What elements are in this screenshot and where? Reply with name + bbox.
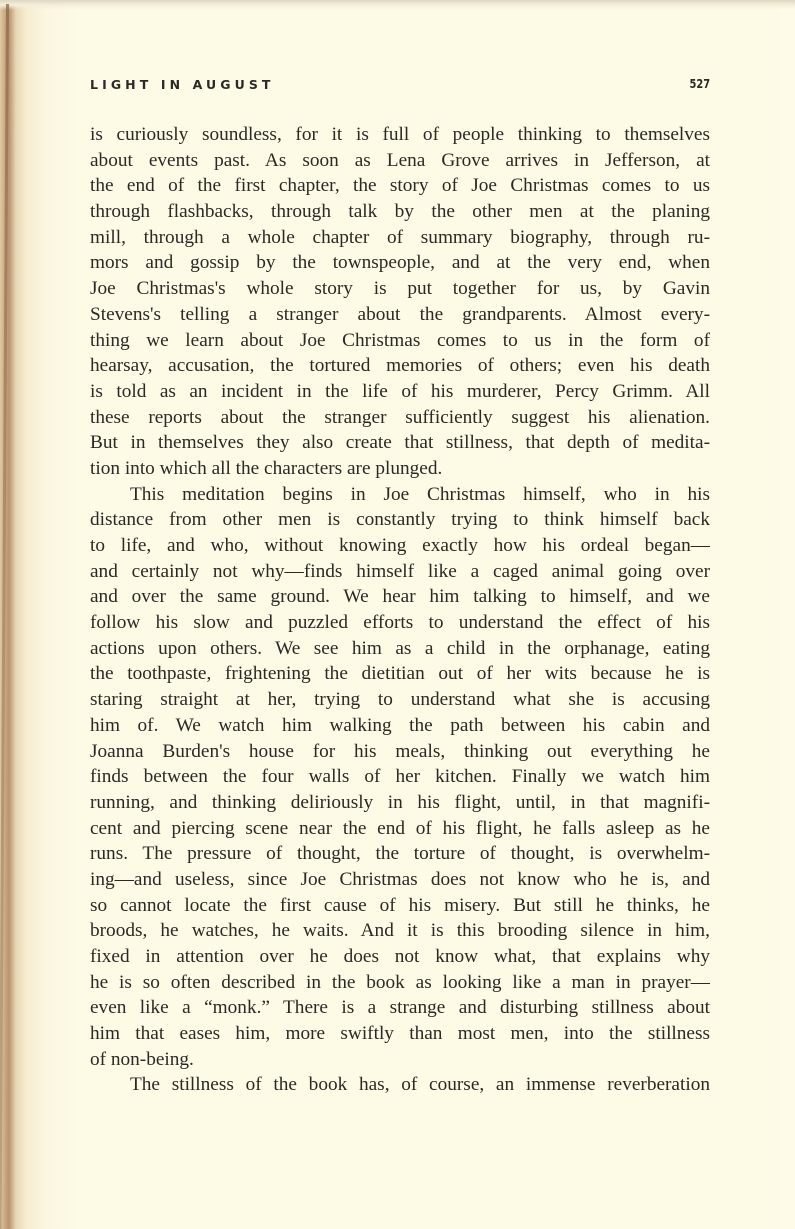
text-line: and over the same ground. We hear him ta… xyxy=(90,584,710,610)
text-line: tion into which all the characters are p… xyxy=(90,456,710,482)
running-head: LIGHT IN AUGUST 527 xyxy=(90,77,710,97)
text-line: him that eases him, more swiftly than mo… xyxy=(90,1021,710,1047)
text-line: through flashbacks, through talk by the … xyxy=(90,199,710,225)
text-line: Joanna Burden's house for his meals, thi… xyxy=(90,739,710,765)
text-line: thing we learn about Joe Christmas comes… xyxy=(90,328,710,354)
text-line: cent and piercing scene near the end of … xyxy=(90,816,710,842)
text-line: to life, and who, without knowing exactl… xyxy=(90,533,710,559)
text-line: broods, he watches, he waits. And it is … xyxy=(90,918,710,944)
text-line: Joe Christmas's whole story is put toget… xyxy=(90,276,710,302)
text-line: Stevens's telling a stranger about the g… xyxy=(90,302,710,328)
body-text: is curiously soundless, for it is full o… xyxy=(90,122,710,1098)
text-line: him of. We watch him walking the path be… xyxy=(90,713,710,739)
text-line: these reports about the stranger suffici… xyxy=(90,405,710,431)
text-line: and certainly not why—finds himself like… xyxy=(90,559,710,585)
text-line: hearsay, accusation, the tortured memori… xyxy=(90,353,710,379)
text-line: This meditation begins in Joe Christmas … xyxy=(90,482,710,508)
text-line: is curiously soundless, for it is full o… xyxy=(90,122,710,148)
text-line: runs. The pressure of thought, the tortu… xyxy=(90,841,710,867)
text-line: the toothpaste, frightening the dietitia… xyxy=(90,661,710,687)
text-line: staring straight at her, trying to under… xyxy=(90,687,710,713)
text-line: running, and thinking deliriously in his… xyxy=(90,790,710,816)
text-line: even like a “monk.” There is a strange a… xyxy=(90,995,710,1021)
text-line: about events past. As soon as Lena Grove… xyxy=(90,148,710,174)
text-line: is told as an incident in the life of hi… xyxy=(90,379,710,405)
text-line: fixed in attention over he does not know… xyxy=(90,944,710,970)
text-line: actions upon others. We see him as a chi… xyxy=(90,636,710,662)
text-line: he is so often described in the book as … xyxy=(90,970,710,996)
text-line: of non-being. xyxy=(90,1047,710,1073)
text-line: The stillness of the book has, of course… xyxy=(90,1072,710,1098)
text-line: so cannot locate the first cause of his … xyxy=(90,893,710,919)
book-spine-gutter xyxy=(0,4,9,1229)
text-line: finds between the four walls of her kitc… xyxy=(90,764,710,790)
text-line: follow his slow and puzzled efforts to u… xyxy=(90,610,710,636)
text-line: mill, through a whole chapter of summary… xyxy=(90,225,710,251)
book-page: LIGHT IN AUGUST 527 is curiously soundle… xyxy=(0,0,795,1229)
page-top-edge-shadow xyxy=(0,0,795,10)
running-title: LIGHT IN AUGUST xyxy=(90,77,275,92)
text-line: ing—and useless, since Joe Christmas doe… xyxy=(90,867,710,893)
text-line: mors and gossip by the townspeople, and … xyxy=(90,250,710,276)
page-number: 527 xyxy=(689,77,710,91)
text-line: distance from other men is constantly tr… xyxy=(90,507,710,533)
text-line: the end of the first chapter, the story … xyxy=(90,173,710,199)
text-line: But in themselves they also create that … xyxy=(90,430,710,456)
